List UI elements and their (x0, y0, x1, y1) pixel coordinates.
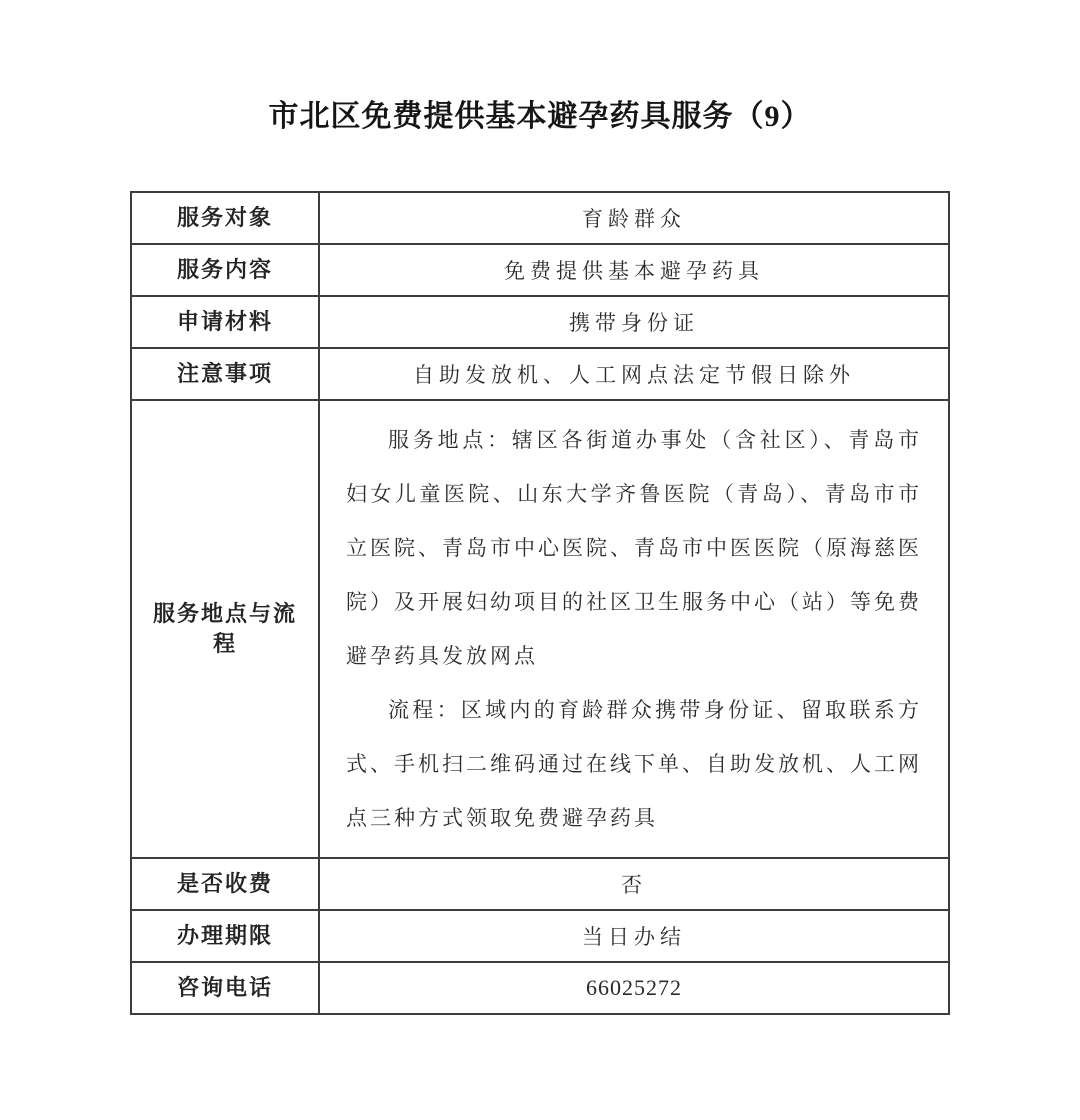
row-value: 免费提供基本避孕药具 (319, 244, 949, 296)
page-title: 市北区免费提供基本避孕药具服务（9） (0, 96, 1080, 138)
service-flow-paragraph: 流程：区域内的育龄群众携带身份证、留取联系方式、手机扫二维码通过在线下单、自助发… (346, 683, 922, 845)
row-value: 育龄群众 (319, 192, 949, 244)
row-label: 办理期限 (131, 910, 319, 962)
row-value: 携带身份证 (319, 296, 949, 348)
row-label: 服务内容 (131, 244, 319, 296)
table-row-location-and-flow: 服务地点与流程 服务地点：辖区各街道办事处（含社区）、青岛市妇女儿童医院、山东大… (131, 400, 949, 858)
table-row-service-target: 服务对象 育龄群众 (131, 192, 949, 244)
table-row-processing-time: 办理期限 当日办结 (131, 910, 949, 962)
row-label: 注意事项 (131, 348, 319, 400)
row-label: 咨询电话 (131, 962, 319, 1014)
service-location-paragraph: 服务地点：辖区各街道办事处（含社区）、青岛市妇女儿童医院、山东大学齐鲁医院（青岛… (346, 413, 922, 683)
service-info-table: 服务对象 育龄群众 服务内容 免费提供基本避孕药具 申请材料 携带身份证 注意事… (130, 191, 950, 1015)
table-row-fee: 是否收费 否 (131, 858, 949, 910)
table-row-phone: 咨询电话 66025272 (131, 962, 949, 1014)
row-label: 是否收费 (131, 858, 319, 910)
row-value: 当日办结 (319, 910, 949, 962)
row-label: 服务地点与流程 (131, 400, 319, 858)
row-value: 自助发放机、人工网点法定节假日除外 (319, 348, 949, 400)
row-value: 否 (319, 858, 949, 910)
table-row-notes: 注意事项 自助发放机、人工网点法定节假日除外 (131, 348, 949, 400)
row-label: 申请材料 (131, 296, 319, 348)
table-row-service-content: 服务内容 免费提供基本避孕药具 (131, 244, 949, 296)
table-row-application-materials: 申请材料 携带身份证 (131, 296, 949, 348)
phone-number: 66025272 (319, 962, 949, 1014)
row-label: 服务对象 (131, 192, 319, 244)
document-page: 市北区免费提供基本避孕药具服务（9） 服务对象 育龄群众 服务内容 免费提供基本… (0, 0, 1080, 1120)
location-flow-cell: 服务地点：辖区各街道办事处（含社区）、青岛市妇女儿童医院、山东大学齐鲁医院（青岛… (319, 400, 949, 858)
